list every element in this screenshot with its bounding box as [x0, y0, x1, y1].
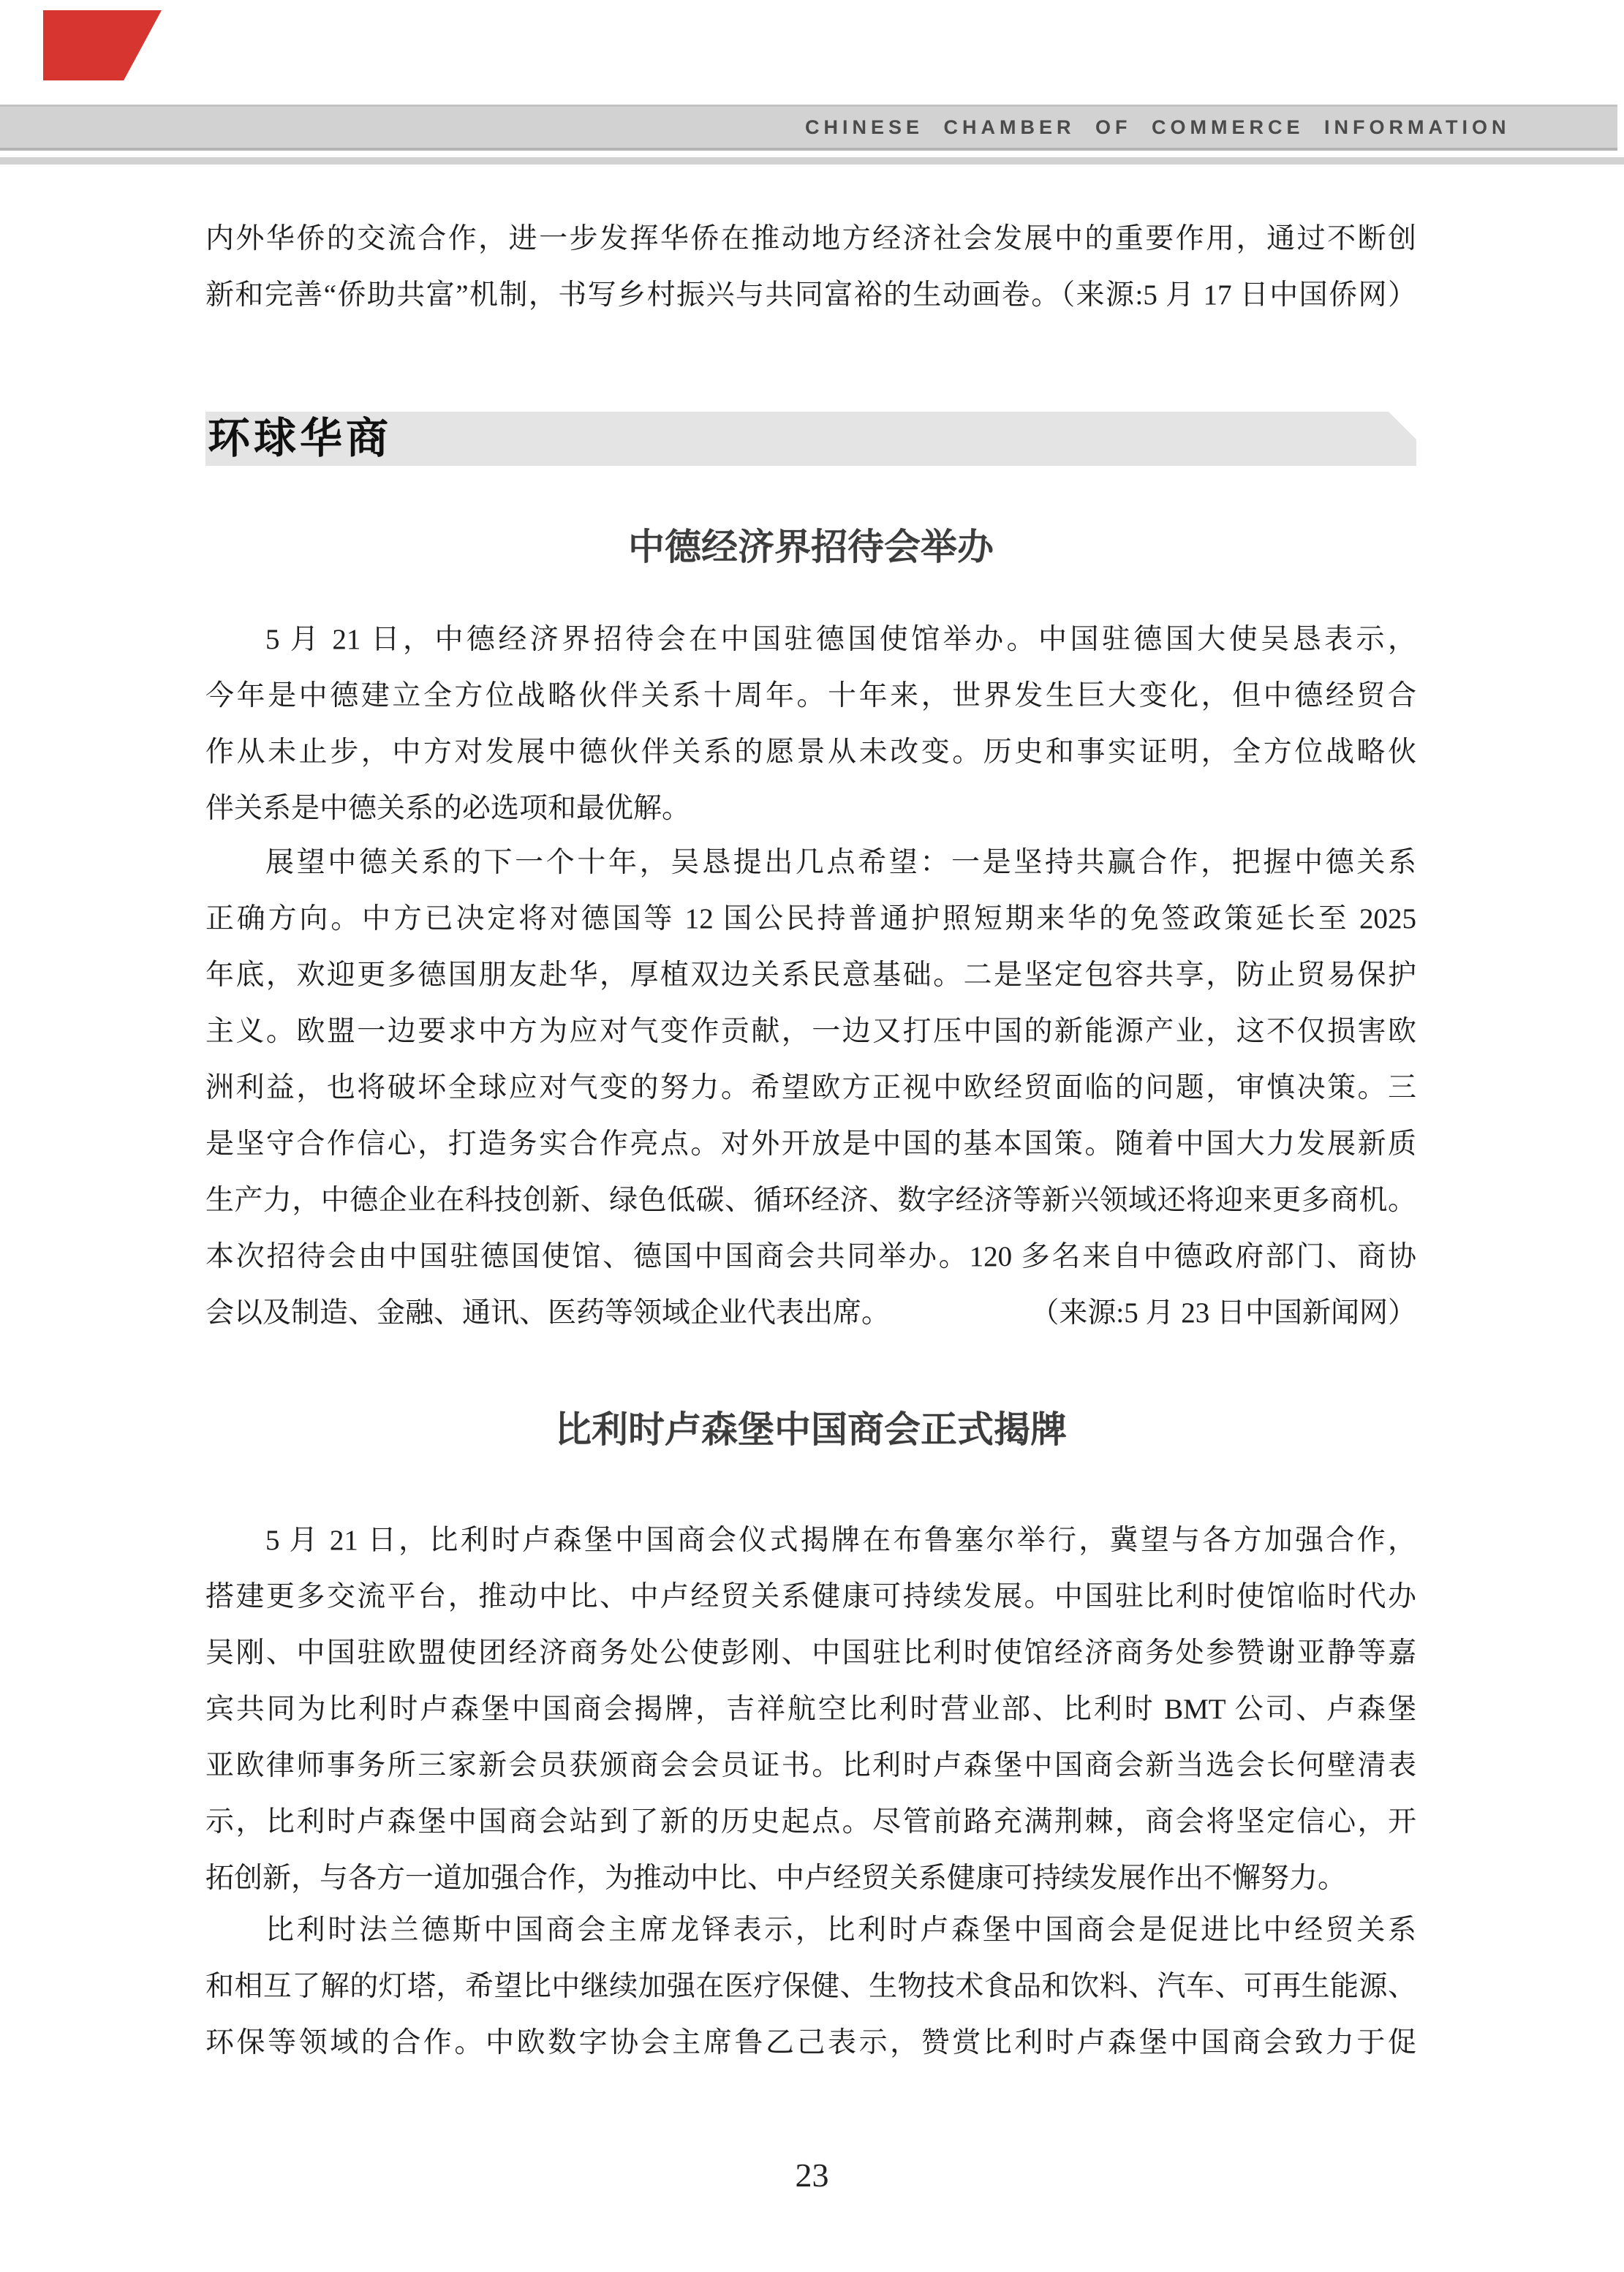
intro-paragraph: 内外华侨的交流合作，进一步发挥华侨在推动地方经济社会发展中的重要作用，通过不断创… — [205, 211, 1416, 323]
article-title-1: 中德经济界招待会举办 — [205, 518, 1416, 576]
text-line: 今年是中德建立全方位战略伙伴关系十周年。十年来，世界发生巨大变化，但中德经贸合 — [205, 668, 1416, 724]
text-line: 比利时法兰德斯中国商会主席龙铎表示，比利时卢森堡中国商会是促进比中经贸关系 — [205, 1902, 1416, 1958]
text-line: 展望中德关系的下一个十年，吴恳提出几点希望：一是坚持共赢合作，把握中德关系 — [205, 834, 1416, 891]
text-line: 洲利益，也将破坏全球应对气变的努力。希望欧方正视中欧经贸面临的问题，审慎决策。三 — [205, 1060, 1416, 1116]
text-line: 正确方向。中方已决定将对德国等 12 国公民持普通护照短期来华的免签政策延长至 … — [205, 891, 1416, 947]
article-title-2: 比利时卢森堡中国商会正式揭牌 — [205, 1400, 1416, 1459]
text-line: 主义。欧盟一边要求中方为应对气变作贡献，一边又打压中国的新能源产业，这不仅损害欧 — [205, 1003, 1416, 1060]
page-header-bar: CHINESE CHAMBER OF COMMERCE INFORMATION — [0, 105, 1617, 151]
text-line: 作从未止步，中方对发展中德伙伴关系的愿景从未改变。历史和事实证明，全方位战略伙 — [205, 724, 1416, 780]
paragraph-tail-text: 会以及制造、金融、通讯、医药等领域企业代表出席。 — [205, 1285, 890, 1341]
section-header-bar: 环球华商 — [205, 412, 1416, 466]
page-number: 23 — [0, 2154, 1624, 2197]
corner-ribbon-accent — [43, 10, 162, 80]
source-attribution: （来源:5 月 23 日中国新闻网） — [1030, 1285, 1416, 1341]
document-page: CHINESE CHAMBER OF COMMERCE INFORMATION … — [0, 0, 1624, 2272]
text-line: 是坚守合作信心，打造务实合作亮点。对外开放是中国的基本国策。随着中国大力发展新质 — [205, 1116, 1416, 1172]
text-line: 亚欧律师事务所三家新会员获颁商会会员证书。比利时卢森堡中国商会新当选会长何壁清表 — [205, 1737, 1416, 1794]
text-line: 和相互了解的灯塔，希望比中继续加强在医疗保健、生物技术食品和饮料、汽车、可再生能… — [205, 1958, 1416, 2015]
text-line: 宾共同为比利时卢森堡中国商会揭牌，吉祥航空比利时营业部、比利时 BMT 公司、卢… — [205, 1681, 1416, 1737]
text-line: 本次招待会由中国驻德国使馆、德国中国商会共同举办。120 多名来自中德政府部门、… — [205, 1229, 1416, 1285]
paragraph-tail-line: 会以及制造、金融、通讯、医药等领域企业代表出席。 （来源:5 月 23 日中国新… — [205, 1285, 1416, 1341]
article-2-paragraph-2: 比利时法兰德斯中国商会主席龙铎表示，比利时卢森堡中国商会是促进比中经贸关系和相互… — [205, 1902, 1416, 2071]
article-2-paragraph-1: 5 月 21 日，比利时卢森堡中国商会仪式揭牌在布鲁塞尔举行，冀望与各方加强合作… — [205, 1512, 1416, 1906]
text-line: 5 月 21 日，中德经济界招待会在中国驻德国使馆举办。中国驻德国大使吴恳表示， — [205, 611, 1416, 668]
text-line: 生产力，中德企业在科技创新、绿色低碳、循环经济、数字经济等新兴领域还将迎来更多商… — [205, 1172, 1416, 1229]
text-line: 伴关系是中德关系的必选项和最优解。 — [205, 780, 1416, 837]
article-1-paragraph-2: 展望中德关系的下一个十年，吴恳提出几点希望：一是坚持共赢合作，把握中德关系正确方… — [205, 834, 1416, 1341]
text-line: 拓创新，与各方一道加强合作，为推动中比、中卢经贸关系健康可持续发展作出不懈努力。 — [205, 1850, 1416, 1906]
text-line: 环保等领域的合作。中欧数字协会主席鲁乙己表示，赞赏比利时卢森堡中国商会致力于促 — [205, 2015, 1416, 2071]
text-line: 内外华侨的交流合作，进一步发挥华侨在推动地方经济社会发展中的重要作用，通过不断创 — [205, 211, 1416, 267]
text-line: 年底，欢迎更多德国朋友赴华，厚植双边关系民意基础。二是坚定包容共享，防止贸易保护 — [205, 947, 1416, 1003]
header-accent-bar — [0, 157, 1624, 165]
text-line: 示，比利时卢森堡中国商会站到了新的历史起点。尽管前路充满荆棘，商会将坚定信心，开 — [205, 1794, 1416, 1850]
text-line: 搭建更多交流平台，推动中比、中卢经贸关系健康可持续发展。中国驻比利时使馆临时代办 — [205, 1569, 1416, 1625]
text-line: 新和完善“侨助共富”机制，书写乡村振兴与共同富裕的生动画卷。（来源:5 月 17… — [205, 267, 1416, 323]
text-line: 5 月 21 日，比利时卢森堡中国商会仪式揭牌在布鲁塞尔举行，冀望与各方加强合作… — [205, 1512, 1416, 1569]
section-title: 环球华商 — [205, 412, 1416, 466]
article-1-paragraph-1: 5 月 21 日，中德经济界招待会在中国驻德国使馆举办。中国驻德国大使吴恳表示，… — [205, 611, 1416, 837]
text-line: 吴刚、中国驻欧盟使团经济商务处公使彭刚、中国驻比利时使馆经济商务处参赞谢亚静等嘉 — [205, 1625, 1416, 1681]
header-title: CHINESE CHAMBER OF COMMERCE INFORMATION — [805, 107, 1511, 148]
